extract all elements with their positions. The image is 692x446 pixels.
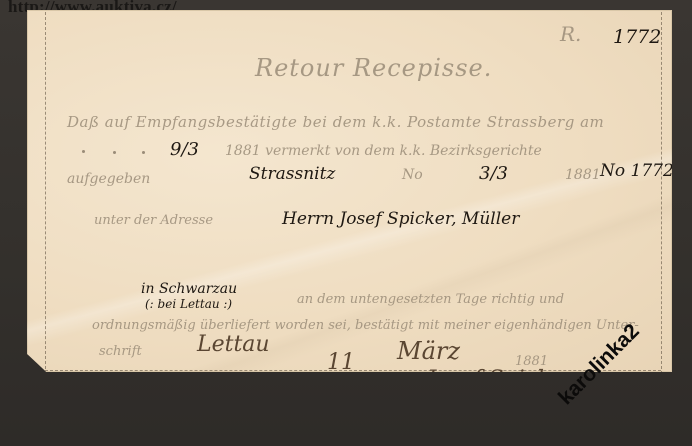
address-label: unter der Adresse <box>94 213 213 228</box>
destination-detail: (: bei Lettau :) <box>145 297 232 311</box>
body-line-3-label: aufgegeben <box>67 171 150 187</box>
body-line-5: ordnungsmäßig überliefert worden sei, be… <box>92 318 639 333</box>
number-reference: No 1772 <box>600 161 674 181</box>
signing-location: Lettau <box>197 332 270 357</box>
body-line-2: 1881 vermerkt von dem k.k. Bezirksgerich… <box>225 143 542 159</box>
retour-recepisse-document: R. 1772 Retour Recepisse. Daß auf Empfan… <box>27 10 672 372</box>
addressee: Herrn Josef Spicker, Müller <box>282 209 519 229</box>
border-left <box>45 12 46 369</box>
date-end: 3/3 <box>479 163 508 184</box>
fill-dot <box>142 151 145 154</box>
destination-place: in Schwarzau <box>141 281 237 297</box>
fill-dot <box>113 151 116 154</box>
body-line-1: Daß auf Empfangsbestätigte bei dem k.k. … <box>67 113 604 131</box>
reference-prefix: R. <box>560 22 581 46</box>
border-right <box>661 12 662 374</box>
date-start: 9/3 <box>170 139 199 160</box>
body-line-6: schrift <box>99 344 142 359</box>
signing-day: 11 <box>327 350 355 375</box>
recipient-signature: Josef Spicker <box>427 367 574 392</box>
reference-number: 1772 <box>613 26 661 48</box>
year-end: 1881 <box>565 167 601 183</box>
signing-month: März <box>397 337 460 365</box>
document-title: Retour Recepisse. <box>255 54 492 82</box>
body-line-4: an dem untengesetzten Tage richtig und <box>297 292 564 307</box>
origin-place: Strassnitz <box>249 164 335 184</box>
number-label: No <box>402 167 423 183</box>
fill-dot <box>82 150 85 153</box>
